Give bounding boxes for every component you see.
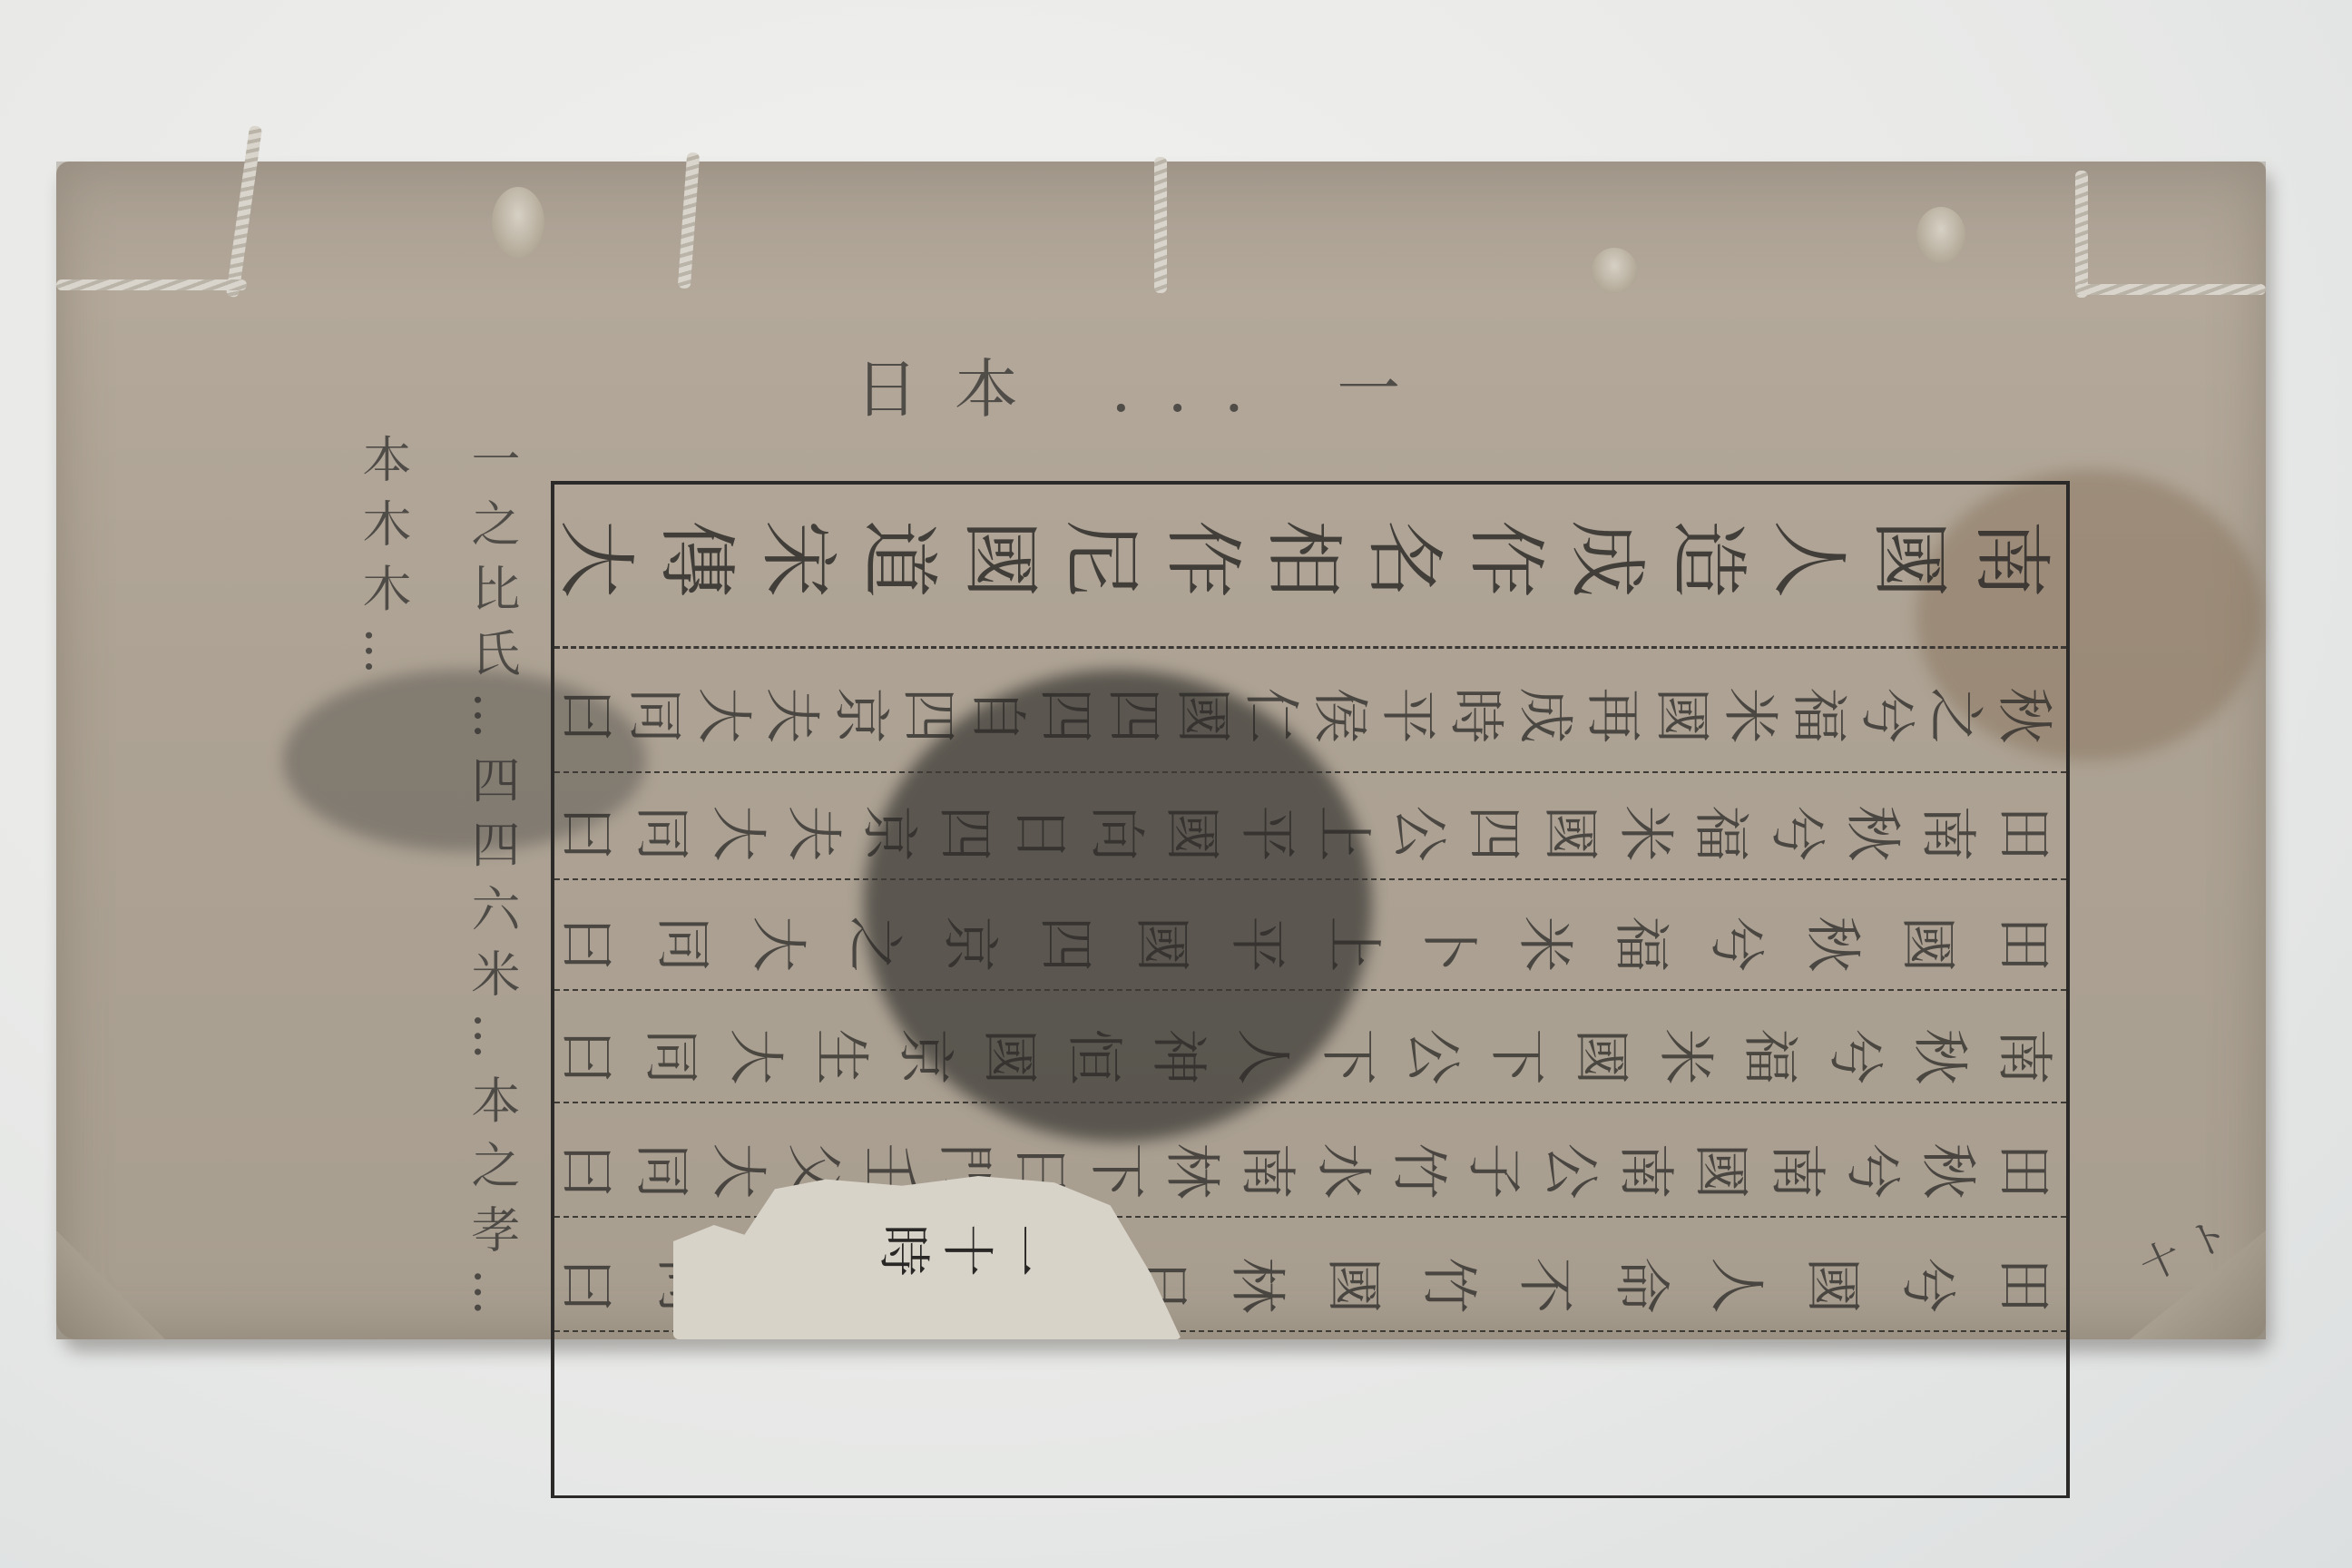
glyph: 兮 (1837, 1142, 1918, 1199)
glyph: 竹 (1414, 1257, 1494, 1313)
binding-string (2075, 171, 2088, 298)
glyph: 平 (1222, 916, 1303, 972)
row-divider (554, 878, 2066, 880)
glyph: 米 (1509, 916, 1590, 972)
glyph: 林 (1222, 1257, 1303, 1313)
row-divider (554, 1102, 2066, 1103)
glyph: 人 (1228, 1028, 1308, 1084)
glyph: 米 (1611, 805, 1691, 861)
glyph: 國 (1686, 1142, 1767, 1199)
glyph: 竹 (1383, 1142, 1464, 1199)
glyph: 下 (1081, 1142, 1161, 1199)
glyph: 四 (1459, 805, 1540, 861)
printed-row: 曰同大夫京四自四四國仁侯平時成再國米福兮之秋 (563, 675, 2057, 756)
glyph: 京 (935, 916, 1015, 972)
glyph: 同 (647, 916, 728, 972)
glyph: 同 (627, 805, 708, 861)
glyph: 南 (1913, 805, 1994, 861)
glyph: 上 (1318, 916, 1398, 972)
glyph: 平 (1232, 805, 1313, 861)
glyph: 國 (1126, 916, 1207, 972)
margin-column: 四 四 六 米 ... (464, 754, 521, 1059)
glyph: 國 (974, 1028, 1054, 1084)
glyph: 秋 (1797, 916, 1877, 972)
glyph: 南 (1761, 1142, 1842, 1199)
glyph: 南 (1988, 1028, 2069, 1084)
old-book-cover: 日本 ... 一 一 之 比 氏 ... 四 四 六 米 ... 本 之 孝 .… (56, 162, 2266, 1339)
printed-text-frame: 大 傳 宋 道 國 尼 作 相 名 作 成 造 人 國 南 曰同大 (551, 481, 2070, 1498)
glyph: 國 (1893, 916, 1974, 972)
printed-row: 曰同大之京四國平上卜米福兮秋國田 (563, 904, 2057, 985)
binding-string (2075, 284, 2266, 295)
handwritten-top-line: 日本 ... 一 (855, 338, 1436, 430)
glyph: 傳 (647, 520, 759, 598)
glyph: 曰 (552, 1028, 632, 1084)
printed-row: 曰同大生京國恒神人下公下國米福兮秋南 (563, 1016, 2057, 1097)
glyph: 曰 (552, 916, 632, 972)
glyph: 兮 (1819, 1028, 1900, 1084)
glyph: 國 (1318, 1257, 1398, 1313)
glyph: 大 (546, 520, 659, 598)
glyph: 相 (1254, 520, 1367, 598)
binding-string (56, 279, 247, 290)
glyph: 下 (1312, 1028, 1393, 1084)
glyph: 京 (889, 1028, 970, 1084)
glyph: 同 (627, 1142, 708, 1199)
glyph: 作 (1153, 520, 1266, 598)
glyph: 公 (1396, 1028, 1477, 1084)
glyph: 國 (1797, 1257, 1877, 1313)
glyph: 公 (1383, 805, 1464, 861)
glyph: 田 (1988, 916, 2069, 972)
glyph: 兮 (1701, 916, 1782, 972)
glyph: 尼 (1052, 520, 1164, 598)
glyph: 人 (1701, 1257, 1782, 1313)
glyph: 水 (1308, 1142, 1388, 1199)
glyph: 秋 (1988, 687, 2069, 743)
glyph: 福 (1735, 1028, 1816, 1084)
glyph: 上 (1308, 805, 1388, 861)
glyph: 名 (1355, 520, 1467, 598)
glyph: 夫 (779, 805, 859, 861)
glyph: 不 (1509, 1257, 1590, 1313)
glyph: 卜 (1414, 916, 1494, 972)
binding-string (1154, 157, 1167, 293)
glyph: 成 (1557, 520, 1670, 598)
header-row: 大 傳 宋 道 國 尼 作 相 名 作 成 造 人 國 南 (554, 485, 2066, 649)
glyph: 田 (1988, 1257, 2069, 1313)
glyph: 曰 (552, 805, 632, 861)
glyph: 大 (720, 1028, 801, 1084)
margin-column: 本 之 孝 ... (464, 1075, 521, 1316)
glyph: 南 (1232, 1142, 1313, 1199)
glyph: 秋 (1913, 1142, 1994, 1199)
glyph: 國 (1156, 805, 1237, 861)
glyph: 國 (1534, 805, 1615, 861)
glyph: 向 (1081, 805, 1161, 861)
margin-column: 一 之 比 氏 ... (464, 434, 521, 739)
glyph: 命 (1605, 1257, 1686, 1313)
glyph: 大 (743, 916, 824, 972)
glyph: 公 (1534, 1142, 1615, 1199)
label-glyph: 一 (988, 1224, 1064, 1277)
margin-column: 本 木 木 ... (355, 434, 412, 674)
glyph: 曰 (552, 1142, 632, 1199)
glyph: 兮 (1893, 1257, 1974, 1313)
glyph: 國 (951, 520, 1063, 598)
row-divider (554, 771, 2066, 773)
glyph: 大 (702, 805, 783, 861)
glyph: 林 (1156, 1142, 1237, 1199)
glyph: 之 (838, 916, 919, 972)
glyph: 田 (1988, 805, 2069, 861)
glyph: 兮 (1761, 805, 1842, 861)
glyph: 田 (1988, 1142, 2069, 1199)
glyph: 福 (1605, 916, 1686, 972)
glyph: 日 (1005, 805, 1086, 861)
glyph: 同 (636, 1028, 717, 1084)
glyph: 四 (1030, 916, 1111, 972)
glyph: 京 (854, 805, 935, 861)
glyph: 四 (929, 805, 1010, 861)
glyph: 米 (1651, 1028, 1731, 1084)
glyph: 神 (1143, 1028, 1224, 1084)
binding-hole (1916, 207, 1965, 263)
glyph: 子 (1459, 1142, 1540, 1199)
glyph: 曰 (552, 1257, 632, 1313)
glyph: 生 (805, 1028, 886, 1084)
printed-row: 曰同大夫京四日向國平上公四國米福兮秋南田 (563, 793, 2057, 874)
glyph: 南 (1962, 520, 2074, 598)
glyph: 國 (1566, 1028, 1647, 1084)
glyph: 道 (849, 520, 962, 598)
glyph: 宋 (749, 520, 861, 598)
glyph: 人 (1759, 520, 1872, 598)
glyph: 造 (1659, 520, 1771, 598)
glyph: 大 (702, 1142, 783, 1199)
glyph: 恒 (1059, 1028, 1140, 1084)
glyph: 作 (1456, 520, 1569, 598)
glyph: 秋 (1837, 805, 1918, 861)
binding-hole (1592, 248, 1637, 293)
header-glyphs: 大 傳 宋 道 國 尼 作 相 名 作 成 造 人 國 南 (563, 503, 2057, 615)
binding-hole (492, 187, 544, 258)
glyph: 國 (1860, 520, 1973, 598)
glyph: 秋 (1904, 1028, 1984, 1084)
glyph: 福 (1686, 805, 1767, 861)
row-divider (554, 989, 2066, 991)
glyph: 南 (1611, 1142, 1691, 1199)
glyph: 下 (1481, 1028, 1562, 1084)
handwritten-margin-notes: 一 之 比 氏 ... 四 四 六 米 ... 本 之 孝 ... 本 木 木 … (111, 434, 546, 1339)
